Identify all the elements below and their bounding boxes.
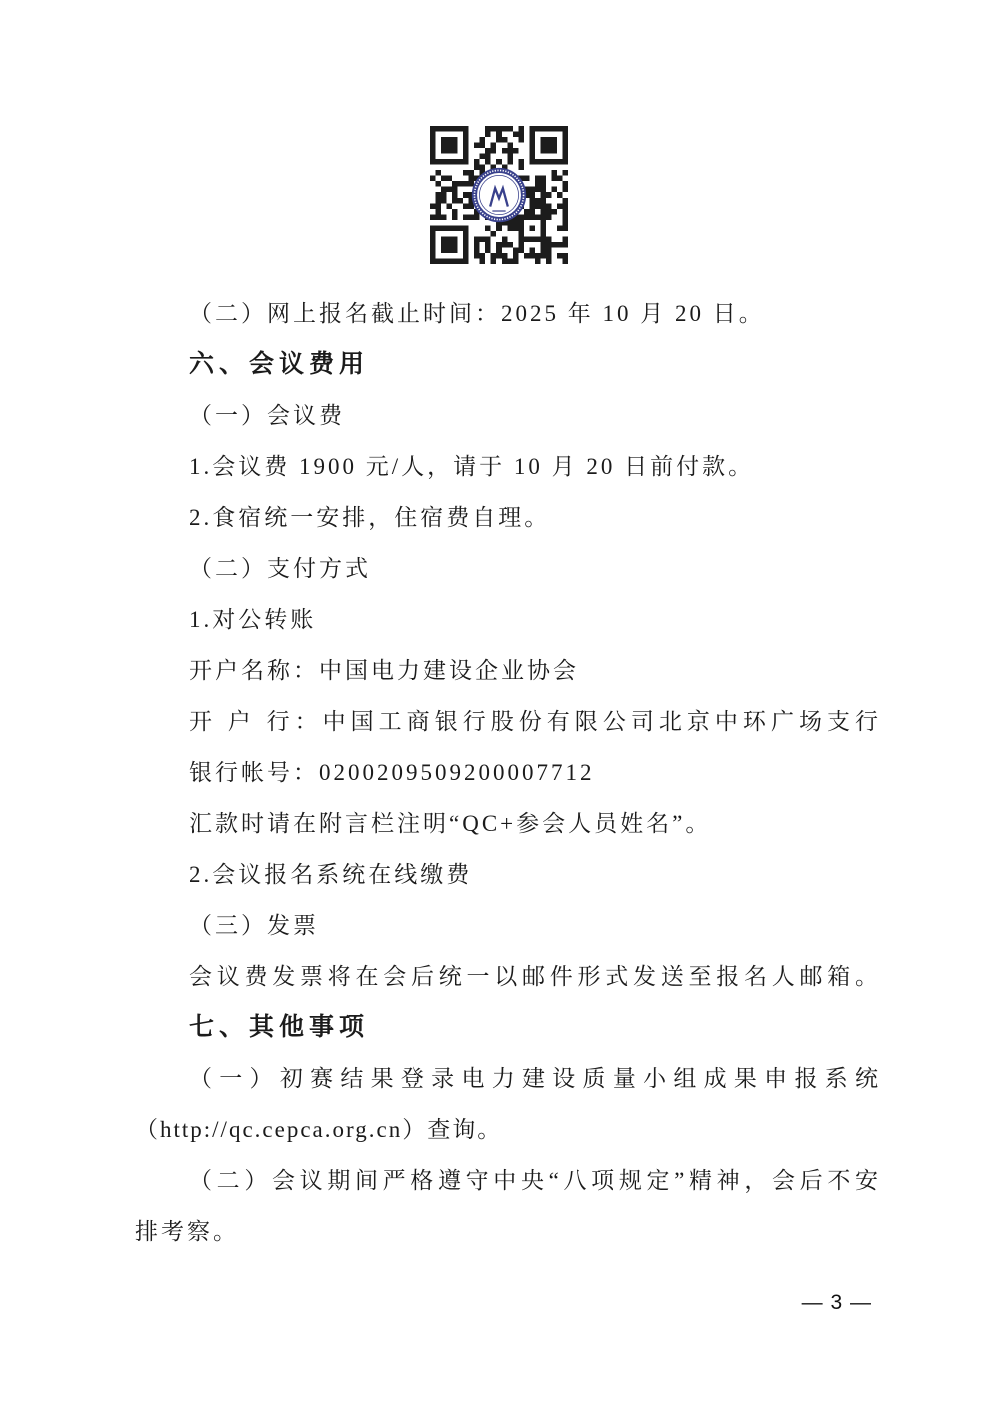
line-remittance-note: 汇款时请在附言栏注明“QC+参会人员姓名”。	[135, 798, 880, 849]
line-bank-transfer: 1.对公转账	[135, 594, 880, 645]
line-fee-amount: 1.会议费 1900 元/人，请于 10 月 20 日前付款。	[135, 441, 880, 492]
line-online-payment: 2.会议报名系统在线缴费	[135, 849, 880, 900]
line-regulations: （二）会议期间严格遵守中央“八项规定”精神，会后不安	[135, 1155, 880, 1206]
line-registration-deadline: （二）网上报名截止时间：2025 年 10 月 20 日。	[135, 288, 880, 339]
line-account-name: 开户名称：中国电力建设企业协会	[135, 645, 880, 696]
page-number: — 3 —	[802, 1288, 872, 1318]
line-invoice-delivery: 会议费发票将在会后统一以邮件形式发送至报名人邮箱。	[135, 951, 880, 1002]
line-bank-account-number: 银行帐号：0200209509200007712	[135, 747, 880, 798]
heading-conference-fees: 六、会议费用	[135, 339, 880, 390]
line-bank-name: 开 户 行：中国工商银行股份有限公司北京中环广场支行	[135, 696, 880, 747]
registration-qr-code	[430, 126, 568, 264]
document-page: { "page": { "background": "#ffffff", "te…	[0, 0, 992, 1403]
line-result-query-system: （一）初赛结果登录电力建设质量小组成果申报系统	[135, 1053, 880, 1104]
qr-code-icon	[430, 126, 568, 264]
heading-other-matters: 七、其他事项	[135, 1002, 880, 1053]
line-invoice-subheading: （三）发票	[135, 900, 880, 951]
document-body: （二）网上报名截止时间：2025 年 10 月 20 日。 六、会议费用 （一）…	[135, 288, 880, 1257]
line-regulations-continued: 排考察。	[135, 1206, 880, 1257]
line-query-url: （http://qc.cepca.org.cn）查询。	[135, 1104, 880, 1155]
line-payment-method-subheading: （二）支付方式	[135, 543, 880, 594]
line-fee-subheading: （一）会议费	[135, 390, 880, 441]
line-accommodation: 2.食宿统一安排，住宿费自理。	[135, 492, 880, 543]
